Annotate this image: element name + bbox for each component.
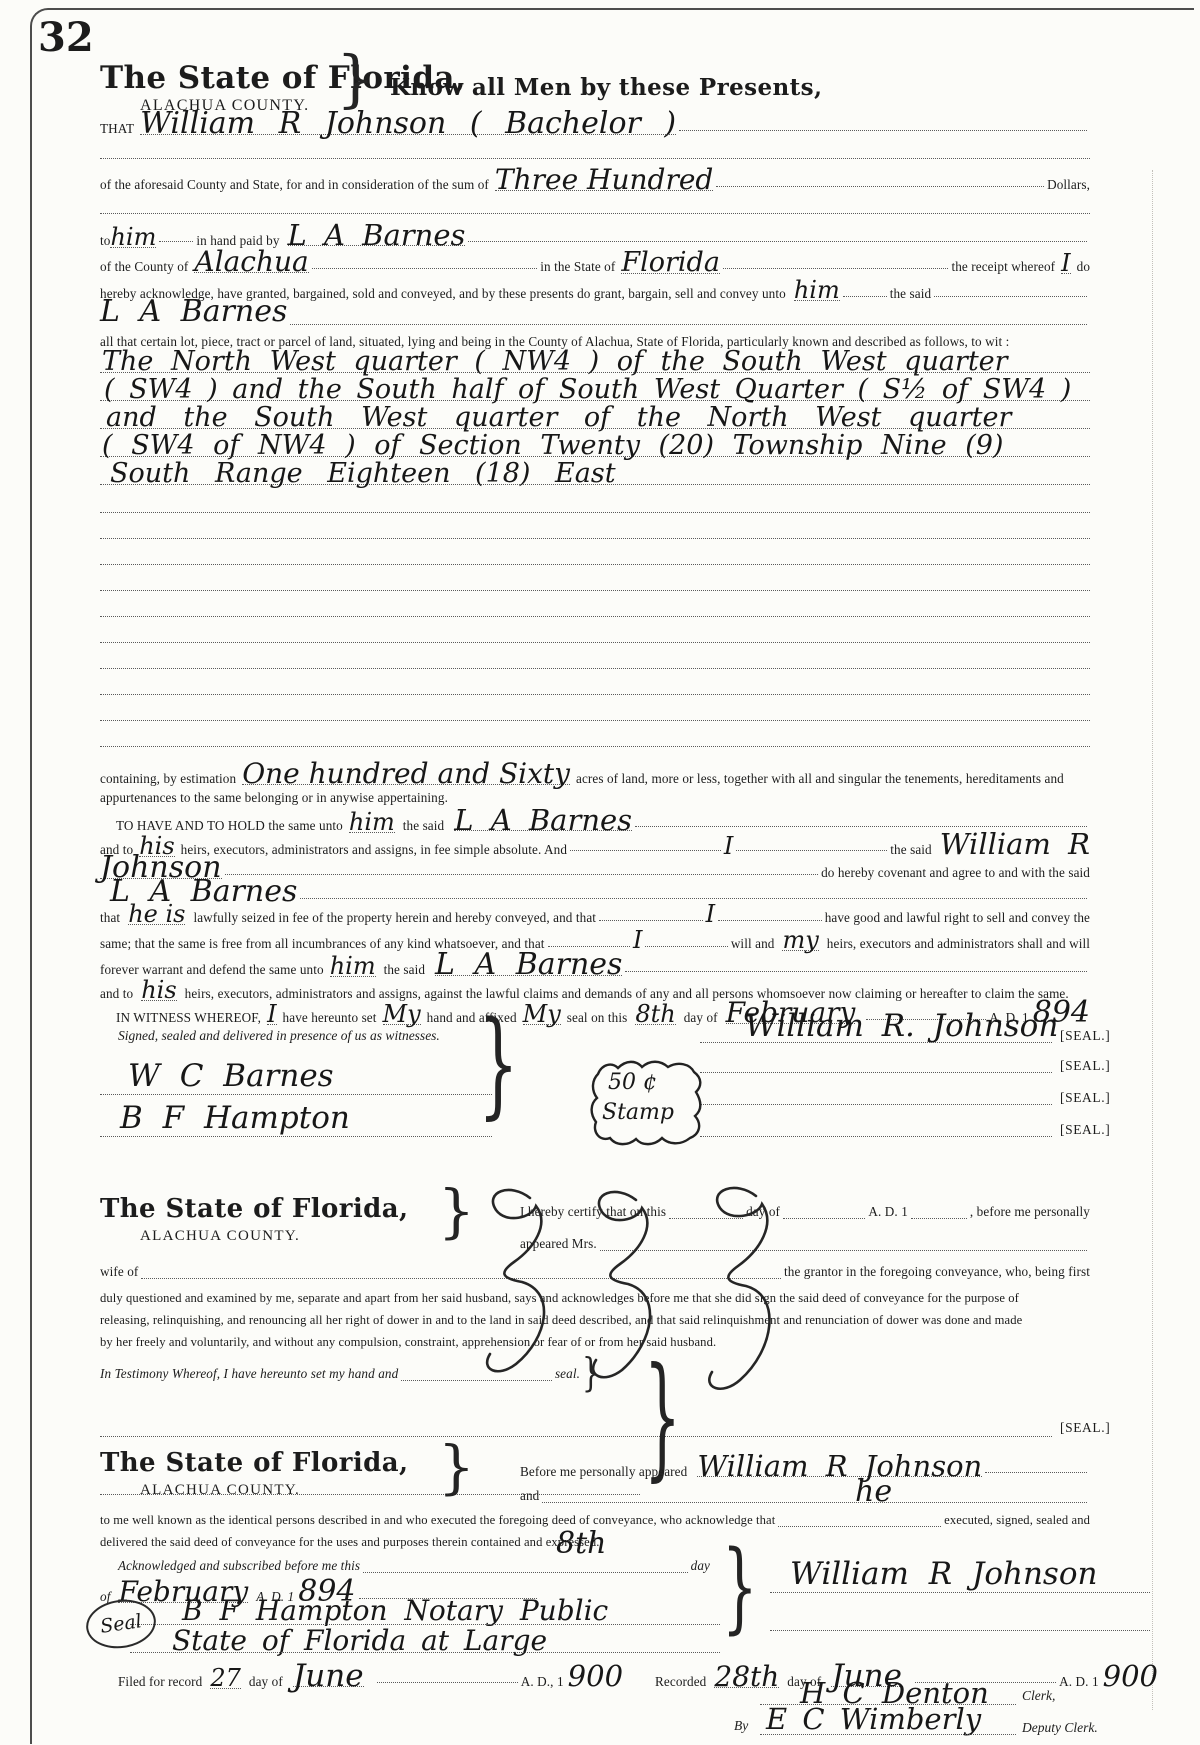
dotted-rule bbox=[736, 845, 887, 851]
ack-brace: } bbox=[438, 1446, 475, 1490]
grantor-signature: William R. Johnson bbox=[745, 1008, 1058, 1044]
seized-text: lawfully seized in fee of the property h… bbox=[193, 908, 596, 928]
dower-wife-line: wife of the grantor in the foregoing con… bbox=[100, 1262, 1090, 1282]
i-handwriting: I bbox=[706, 904, 715, 924]
before-text: , before me personally bbox=[970, 1202, 1090, 1222]
delivered-text: delivered the said deed of conveyance fo… bbox=[100, 1532, 600, 1552]
dower-title: The State of Florida, bbox=[100, 1194, 408, 1224]
that-label: that bbox=[100, 908, 120, 928]
dotted-rule bbox=[401, 1375, 552, 1381]
dotted-rule bbox=[225, 869, 819, 875]
on-this-text: seal on this bbox=[567, 1008, 628, 1028]
consideration-line: of the aforesaid County and State, for a… bbox=[100, 170, 1090, 190]
witness-rule bbox=[100, 1094, 492, 1095]
him-handwriting: him bbox=[349, 812, 395, 833]
in-state-label: in the State of bbox=[540, 257, 615, 277]
ruled-line bbox=[100, 694, 1090, 695]
ruled-line bbox=[100, 668, 1090, 669]
filed-day-handwriting: 27 bbox=[210, 1668, 241, 1689]
county-of-label: of the County of bbox=[100, 257, 188, 277]
ruled-line bbox=[100, 512, 1090, 513]
dotted-rule bbox=[290, 319, 1087, 325]
dotted-rule bbox=[669, 1213, 743, 1219]
dotted-rule bbox=[312, 263, 538, 269]
acreage-handwriting: One hundred and Sixty bbox=[242, 764, 570, 785]
description-line-2: ( SW4 ) and the South half of South West… bbox=[104, 374, 1071, 405]
seal-word: seal. bbox=[555, 1364, 580, 1384]
seal-label: [SEAL.] bbox=[1060, 1420, 1110, 1436]
witness-attestation-text: Signed, sealed and delivered in presence… bbox=[118, 1028, 440, 1044]
subscribed-text: Acknowledged and subscribed before me th… bbox=[118, 1556, 360, 1576]
appeared-name-handwriting: William R Johnson bbox=[697, 1456, 982, 1477]
ack-and-line: and bbox=[520, 1486, 1090, 1506]
ruled-line bbox=[100, 746, 1090, 747]
ad-label: A. D., 1 bbox=[521, 1672, 564, 1692]
the-said-label: the said bbox=[890, 284, 931, 304]
signature-rule bbox=[700, 1104, 1052, 1105]
receipt-label: the receipt whereof bbox=[951, 257, 1055, 277]
william-r-handwriting: William R bbox=[940, 834, 1090, 854]
dower-brace: } bbox=[438, 1190, 475, 1234]
consideration-text: of the aforesaid County and State, for a… bbox=[100, 175, 489, 195]
description-line-4: ( SW4 of NW4 ) of Section Twenty (20) To… bbox=[102, 430, 1003, 461]
dotted-rule bbox=[141, 1273, 781, 1279]
i-handwriting: I bbox=[1061, 253, 1070, 274]
deputy-clerk-label: Deputy Clerk. bbox=[1022, 1720, 1098, 1736]
dotted-rule bbox=[159, 236, 193, 242]
dotted-rule bbox=[599, 915, 703, 921]
dollars-label: Dollars, bbox=[1047, 175, 1090, 195]
in-witness-label: IN WITNESS WHEREOF, bbox=[116, 1008, 261, 1028]
dotted-rule bbox=[377, 1677, 518, 1683]
testimony-brace: } bbox=[582, 1358, 600, 1387]
grantee-repeat-line: L A Barnes bbox=[100, 882, 1090, 902]
executed-text: executed, signed, sealed and bbox=[944, 1510, 1090, 1530]
his-handwriting: his bbox=[141, 980, 176, 1001]
wife-of-label: wife of bbox=[100, 1262, 138, 1282]
grantor-line: THAT William R Johnson ( Bachelor ) bbox=[100, 114, 1090, 134]
notary-brace: } bbox=[722, 1552, 758, 1626]
that-label: THAT bbox=[100, 119, 134, 139]
ruled-line bbox=[100, 590, 1090, 591]
dotted-rule bbox=[679, 125, 1087, 131]
my-handwriting: My bbox=[383, 1004, 421, 1025]
clerk-label: Clerk, bbox=[1022, 1688, 1055, 1704]
filed-year-handwriting: 900 bbox=[568, 1666, 623, 1686]
notary-seal-text: Seal bbox=[99, 1610, 143, 1638]
dower-line-4: releasing, relinquishing, and renouncing… bbox=[100, 1310, 1090, 1330]
signature-rule bbox=[700, 1072, 1052, 1073]
lawful-right-text: have good and lawful right to sell and c… bbox=[825, 908, 1090, 928]
containing-text-2: acres of land, more or less, together wi… bbox=[576, 769, 1064, 789]
day-of-label: day of bbox=[684, 1008, 718, 1028]
witness-signature-2: B F Hampton bbox=[120, 1100, 350, 1136]
dower-county-label: ALACHUA COUNTY. bbox=[140, 1228, 300, 1245]
grantee-handwriting: L A Barnes bbox=[454, 810, 632, 831]
containing-line: containing, by estimation One hundred an… bbox=[100, 764, 1090, 784]
day-label: day bbox=[691, 1556, 710, 1576]
signature-rule bbox=[100, 1436, 1052, 1437]
appeared-label: appeared Mrs. bbox=[520, 1234, 597, 1254]
dotted-rule bbox=[843, 291, 887, 297]
scan-edge-line bbox=[1152, 170, 1153, 1710]
fee-simple-text: heirs, executors, administrators and ass… bbox=[181, 840, 567, 860]
presents-heading: Know all Men by these Presents, bbox=[390, 74, 822, 101]
grantee-line: L A Barnes bbox=[100, 302, 1090, 328]
revenue-stamp: 50 ¢ Stamp bbox=[588, 1058, 706, 1148]
dotted-rule bbox=[778, 1521, 941, 1527]
my-handwriting: my bbox=[782, 930, 818, 951]
deputy-clerk-signature: E C Wimberly bbox=[766, 1702, 981, 1736]
dotted-rule bbox=[645, 941, 727, 947]
county-handwriting: Alachua bbox=[194, 252, 308, 273]
grantor-clause-text: the grantor in the foregoing conveyance,… bbox=[784, 1262, 1090, 1282]
day-of-label: day of bbox=[746, 1202, 780, 1222]
dower-text-5: by her freely and voluntarily, and witho… bbox=[100, 1332, 716, 1352]
dotted-rule bbox=[718, 915, 822, 921]
ack-day-handwriting: 8th bbox=[556, 1526, 606, 1561]
seal-label: [SEAL.] bbox=[1060, 1122, 1110, 1138]
dotted-rule bbox=[911, 1213, 967, 1219]
certify-text: I hereby certify that on this bbox=[520, 1202, 666, 1222]
my-handwriting: My bbox=[523, 1004, 561, 1025]
header-brace: } bbox=[336, 56, 375, 103]
signature-rule bbox=[770, 1592, 1150, 1593]
notary-signature: B F Hampton Notary Public bbox=[182, 1594, 608, 1627]
warrant-line: forever warrant and defend the same unto… bbox=[100, 955, 1090, 975]
shall-text: heirs, executors and administrators shal… bbox=[827, 934, 1090, 954]
recorded-label: Recorded bbox=[655, 1672, 706, 1692]
dower-appeared-line: appeared Mrs. bbox=[520, 1234, 1090, 1254]
grantee-handwriting: L A Barnes bbox=[110, 882, 297, 902]
i-handwriting: I bbox=[724, 836, 733, 856]
description-line-3: and the South West quarter of the North … bbox=[106, 402, 1011, 433]
by-label: By bbox=[734, 1718, 748, 1734]
filed-month-handwriting: June bbox=[293, 1666, 364, 1687]
dotted-rule bbox=[570, 845, 721, 851]
dotted-rule bbox=[783, 1213, 865, 1219]
ack-county-label: ALACHUA COUNTY. bbox=[140, 1482, 300, 1499]
he-is-handwriting: he is bbox=[128, 904, 185, 925]
witness-signature-1: W C Barnes bbox=[128, 1058, 334, 1094]
claims-text: heirs, executors, administrators and ass… bbox=[185, 984, 1069, 1004]
stamp-word-text: Stamp bbox=[602, 1100, 674, 1125]
signature-rule bbox=[770, 1630, 1150, 1631]
state-handwriting: Florida bbox=[621, 253, 720, 274]
covenant-text: do hereby covenant and agree to and with… bbox=[821, 863, 1090, 883]
dotted-rule bbox=[934, 291, 1087, 297]
claims-line: and to his heirs, executors, administrat… bbox=[100, 980, 1090, 1000]
ruled-line bbox=[100, 158, 1090, 159]
he-handwriting: he bbox=[855, 1474, 892, 1509]
fee-simple-line: and to his heirs, executors, administrat… bbox=[100, 834, 1090, 854]
i-handwriting: I bbox=[267, 1004, 276, 1025]
before-appeared-label: Before me personally appeared bbox=[520, 1462, 687, 1482]
recorded-year-handwriting: 900 bbox=[1103, 1666, 1158, 1686]
grantor-name-handwriting: William R Johnson ( Bachelor ) bbox=[140, 114, 676, 135]
will-and-label: will and bbox=[731, 934, 775, 954]
witness-rule bbox=[100, 1136, 492, 1137]
him-handwriting: him bbox=[110, 227, 156, 248]
seal-label: [SEAL.] bbox=[1060, 1058, 1110, 1074]
set-text: have hereunto set bbox=[283, 1008, 377, 1028]
and-label: and bbox=[520, 1486, 539, 1506]
ruled-line bbox=[100, 538, 1090, 539]
dotted-rule bbox=[542, 1497, 1087, 1503]
page-number: 32 bbox=[38, 14, 94, 61]
signature-rule bbox=[760, 1734, 1016, 1735]
dotted-rule bbox=[300, 893, 1087, 899]
ruled-line bbox=[100, 564, 1090, 565]
notary-rule bbox=[130, 1652, 720, 1653]
grantee-handwriting: L A Barnes bbox=[100, 302, 287, 322]
dower-line-3: duly questioned and examined by me, sepa… bbox=[100, 1288, 1090, 1308]
dotted-rule bbox=[716, 181, 1044, 187]
ruled-line bbox=[100, 642, 1090, 643]
him-handwriting: him bbox=[794, 280, 840, 301]
him-handwriting: him bbox=[330, 956, 376, 977]
the-said-label: the said bbox=[384, 960, 425, 980]
ruled-line bbox=[100, 616, 1090, 617]
grantee-handwriting: L A Barnes bbox=[435, 955, 622, 976]
amount-handwriting: Three Hundred bbox=[495, 170, 713, 191]
dotted-rule bbox=[985, 1467, 1087, 1473]
ruled-line bbox=[100, 213, 1090, 214]
warrant-text: forever warrant and defend the same unto bbox=[100, 960, 324, 980]
signature-rule bbox=[700, 1136, 1052, 1137]
description-line-1: The North West quarter ( NW4 ) of the So… bbox=[102, 346, 1008, 377]
seized-line: that he is lawfully seized in fee of the… bbox=[100, 904, 1090, 924]
day-handwriting: 8th bbox=[635, 1004, 675, 1025]
dower-certify-line: I hereby certify that on this day of A. … bbox=[520, 1202, 1090, 1222]
ack-appeared-line: Before me personally appeared William R … bbox=[520, 1456, 1090, 1476]
seal-label: [SEAL.] bbox=[1060, 1090, 1110, 1106]
the-said-label: the said bbox=[403, 816, 444, 836]
payer-handwriting: L A Barnes bbox=[288, 225, 466, 246]
dower-text-4: releasing, relinquishing, and renouncing… bbox=[100, 1310, 1022, 1330]
dotted-rule bbox=[723, 263, 949, 269]
ack-title: The State of Florida, bbox=[100, 1448, 408, 1478]
paid-by-line: to him in hand paid by L A Barnes bbox=[100, 225, 1090, 245]
ad-label: A. D. 1 bbox=[1059, 1672, 1099, 1692]
dotted-rule bbox=[600, 1245, 1087, 1251]
dotted-rule bbox=[625, 966, 1087, 972]
containing-text: containing, by estimation bbox=[100, 769, 236, 789]
witness-brace: } bbox=[478, 1022, 519, 1108]
testimony-text: In Testimony Whereof, I have hereunto se… bbox=[100, 1364, 398, 1384]
description-line-5: South Range Eighteen (18) East bbox=[110, 458, 616, 489]
subscribed-line: Acknowledged and subscribed before me th… bbox=[118, 1556, 710, 1576]
dotted-rule bbox=[363, 1567, 688, 1573]
dotted-rule bbox=[468, 236, 1087, 242]
county-state-line: of the County of Alachua in the State of… bbox=[100, 252, 1090, 272]
dower-bottom-brace: } bbox=[644, 1368, 681, 1468]
do-label: do bbox=[1077, 257, 1090, 277]
ack-grantor-signature: William R Johnson bbox=[790, 1556, 1097, 1592]
and-to-label: and to bbox=[100, 984, 133, 1004]
recorded-day-handwriting: 28th bbox=[714, 1667, 779, 1688]
seal-label: [SEAL.] bbox=[1060, 1028, 1110, 1044]
the-said-label: the said bbox=[890, 840, 931, 860]
deed-record-page: 32 The State of Florida, ALACHUA COUNTY.… bbox=[0, 0, 1200, 1745]
appurtenances-text: appurtenances to the same belonging or i… bbox=[100, 788, 448, 808]
signature-rule bbox=[700, 1042, 1052, 1043]
spacer bbox=[626, 1678, 652, 1683]
dower-text-3: duly questioned and examined by me, sepa… bbox=[100, 1288, 1019, 1308]
to-label: to bbox=[100, 231, 110, 251]
known-text: to me well known as the identical person… bbox=[100, 1510, 775, 1530]
day-of-label: day of bbox=[249, 1672, 283, 1692]
ad-label: A. D. 1 bbox=[868, 1202, 908, 1222]
ruled-line bbox=[100, 720, 1090, 721]
filed-label: Filed for record bbox=[118, 1672, 202, 1692]
stamp-value-text: 50 ¢ bbox=[608, 1070, 657, 1095]
testimony-line: In Testimony Whereof, I have hereunto se… bbox=[100, 1364, 580, 1384]
i-handwriting: I bbox=[633, 930, 642, 950]
filing-line: Filed for record 27 day of June A. D., 1… bbox=[118, 1666, 1158, 1686]
